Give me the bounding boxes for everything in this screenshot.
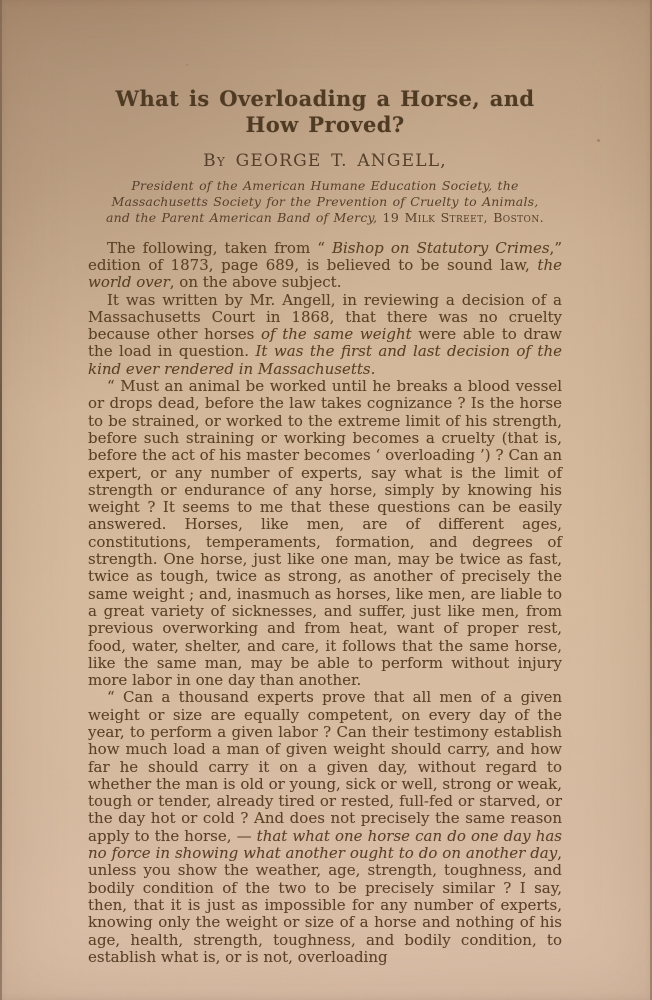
scanned-page: What is Overloading a Horse, and How Pro…	[0, 0, 652, 1000]
paper-speck	[186, 64, 188, 66]
article-body: The following, taken from “ Bishop on St…	[88, 240, 562, 966]
text-run: “ Can a thousand experts prove that all …	[88, 688, 562, 844]
paragraph: It was written by Mr. Angell, in reviewi…	[88, 292, 562, 378]
page-content: What is Overloading a Horse, and How Pro…	[88, 86, 562, 966]
byline-prefix: By	[203, 151, 226, 171]
italic-text-run: Bishop on Statutory Crimes	[332, 239, 550, 257]
text-run: , unless you show the weather, age, stre…	[88, 844, 562, 966]
paper-speck	[597, 139, 600, 142]
paragraph: The following, taken from “ Bishop on St…	[88, 240, 562, 292]
author-affiliation: President of the American Humane Educati…	[99, 178, 551, 226]
text-run: , on the above subject.	[170, 273, 342, 291]
italic-text-run: of the same weight	[261, 325, 412, 343]
page-left-edge	[0, 0, 2, 1000]
byline: By GEORGE T. ANGELL,	[88, 151, 562, 171]
paragraph: “ Can a thousand experts prove that all …	[88, 689, 562, 966]
byline-author-name: GEORGE T. ANGELL,	[236, 151, 447, 171]
text-run: “ Must an animal be worked until he brea…	[88, 377, 562, 689]
page-title: What is Overloading a Horse, and How Pro…	[90, 86, 560, 138]
affiliation-address: 19 Milk Street, Boston.	[382, 210, 544, 225]
text-run: The following, taken from “	[107, 239, 332, 257]
paragraph: “ Must an animal be worked until he brea…	[88, 378, 562, 689]
